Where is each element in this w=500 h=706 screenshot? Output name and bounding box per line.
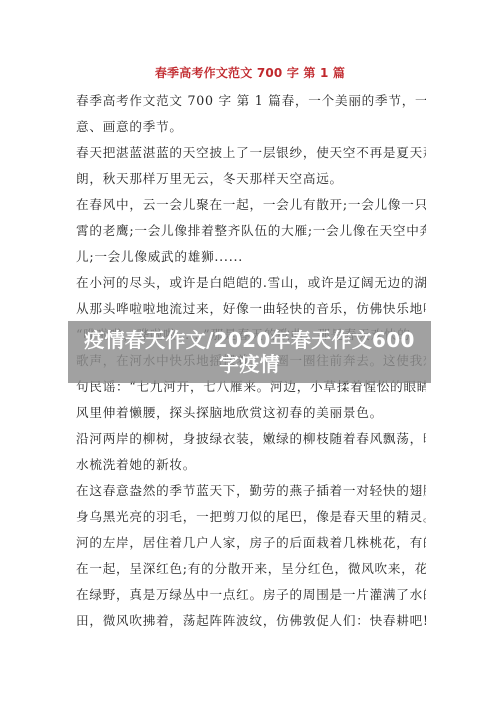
text-line: 意、画意的季节。 — [76, 114, 426, 140]
text-line: 田，微风吹拂着，荡起阵阵波纹，仿佛敦促人们：快春耕吧! — [76, 608, 426, 634]
title-overlay-banner: 疫情春天作文/2020年春天作文600字疫情 — [68, 321, 431, 383]
text-line: 在春风中，云一会儿聚在一起，一会儿有散开;一会儿像一只直冲云 — [76, 192, 426, 218]
text-line: 在小河的尽头，或许是白皑皑的.雪山，或许是辽阔无边的湖，河水 — [76, 270, 426, 296]
text-line: 在绿野，真是万绿丛中一点红。房子的周围是一片灌满了水的稻 — [76, 582, 426, 608]
text-line: 河的左岸，居住着几户人家，房子的后面栽着几株桃花，有的簇拥 — [76, 530, 426, 556]
text-line: 在这春意盎然的季节蓝天下，勤劳的燕子插着一对轻快的翅膀，一 — [76, 478, 426, 504]
text-line: 朗，秋天那样万里无云，冬天那样天空高远。 — [76, 166, 426, 192]
text-line: 在一起，呈深红色;有的分散开来，呈分红色，微风吹来，花瓣撒落 — [76, 556, 426, 582]
text-line: 身乌黑光亮的羽毛，一把剪刀似的尾巴，像是春天里的精灵。 — [76, 504, 426, 530]
document-page: 春季高考作文范文 700 字 第 1 篇 春季高考作文范文 700 字 第 1 … — [0, 0, 500, 706]
text-line: 从那头哗啦啦地流过来，好像一曲轻快的音乐，仿佛快乐地唱着： — [76, 296, 426, 322]
text-line: 春季高考作文范文 700 字 第 1 篇春，一个美丽的季节，一个富有诗 — [76, 88, 426, 114]
text-line: 水梳洗着她的新妆。 — [76, 452, 426, 478]
text-line: 春天把湛蓝湛蓝的天空披上了一层银纱，使天空不再是夏天那样明 — [76, 140, 426, 166]
text-line: 沿河两岸的柳树，身披绿衣装，嫩绿的柳枝随着春风飘荡，映着河 — [76, 426, 426, 452]
overlay-title: 疫情春天作文/2020年春天作文600字疫情 — [80, 328, 420, 376]
text-line: 风里伸着懒腰，探头探脑地欣赏这初春的美丽景色。 — [76, 400, 426, 426]
text-line: 霄的老鹰;一会儿像排着整齐队伍的大雁;一会儿像在天空中奔驰马 — [76, 218, 426, 244]
document-title: 春季高考作文范文 700 字 第 1 篇 — [0, 64, 500, 82]
text-line: 儿;一会儿像威武的雄狮...... — [76, 244, 426, 270]
